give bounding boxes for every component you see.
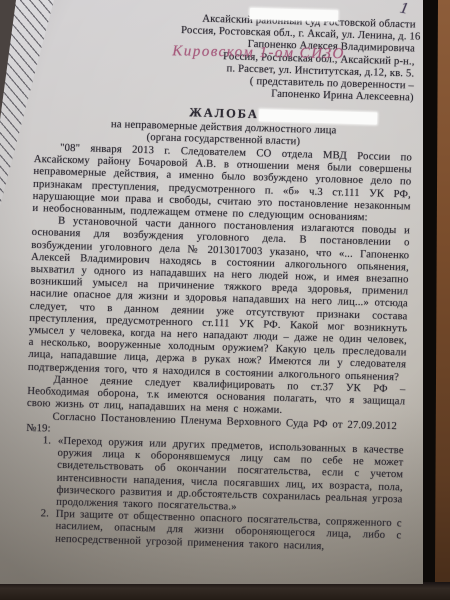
table-surface-bottom: [0, 582, 450, 600]
document-photo: 1 Аксайский районный суд Ростовской обла…: [0, 0, 450, 600]
header-block: Аксайский районный суд Ростовской област…: [179, 12, 416, 104]
paragraph-complaint-intro: "08" января 2013 г. Следователем СО отде…: [32, 141, 412, 225]
paragraph-case-details: В установочной части данного постановлен…: [28, 214, 410, 383]
plenum-quote-item: «Переход оружия или других предметов, ис…: [54, 435, 404, 518]
handwritten-page-number: 1: [398, 0, 410, 19]
document-title: ЖАЛОБА: [189, 106, 259, 122]
handwritten-note: Кировском 1-ом СИЗО: [85, 44, 345, 61]
plenum-quotes-list: «Переход оружия или других предметов, ис…: [23, 434, 404, 554]
document-page: 1 Аксайский районный суд Ростовской обла…: [0, 0, 423, 584]
page-content: Аксайский районный суд Ростовской област…: [23, 8, 416, 554]
body-text: "08" января 2013 г. Следователем СО отде…: [23, 141, 412, 554]
